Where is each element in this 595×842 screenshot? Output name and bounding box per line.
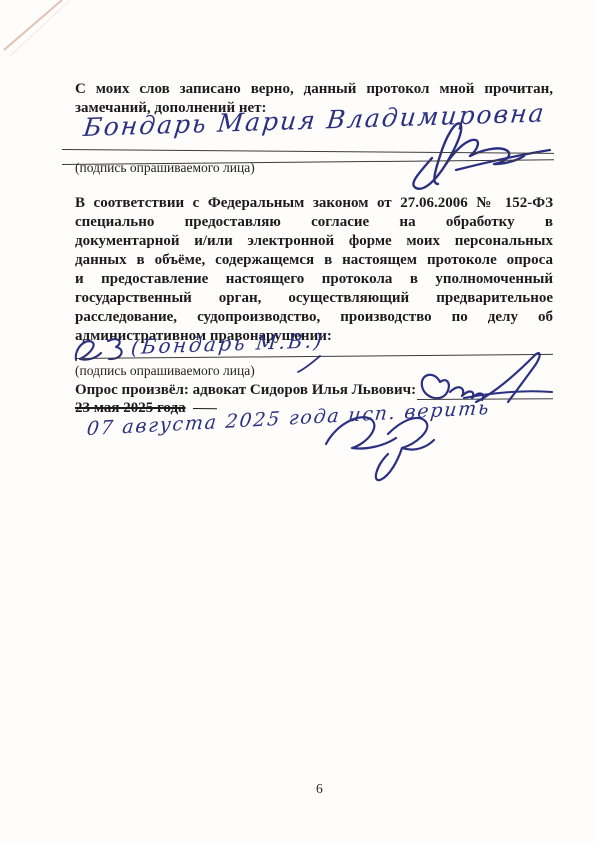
date-signature-flourish [318, 402, 448, 482]
strike-extension [193, 408, 217, 409]
consent-line: государственный орган, осуществляющий пр… [75, 289, 553, 308]
interviewer-line: Опрос произвёл: адвокат Сидоров Илья Льв… [75, 381, 416, 400]
statement-line: С моих слов записано верно, данный прото… [75, 80, 553, 99]
page-number: 6 [316, 781, 323, 797]
signature-caption: (подпись опрашиваемого лица) [75, 363, 255, 378]
consent-line: документарной и/или электронной форме мо… [75, 232, 553, 251]
signature-initials-flourish [72, 334, 136, 364]
consent-line: В соответствии с Федеральным законом от … [75, 194, 553, 213]
signature-caption: (подпись опрашиваемого лица) [75, 160, 255, 175]
paper-crease [0, 0, 90, 70]
consent-line: расследование, судопроизводство, произво… [75, 308, 553, 327]
document-page: С моих слов записано верно, данный прото… [0, 0, 595, 842]
scanned-page: { "document": { "statement_lines": [ "С … [0, 0, 595, 842]
consent-line: специально предоставляю согласие на обра… [75, 213, 553, 232]
consent-paragraph: В соответствии с Федеральным законом от … [75, 194, 553, 346]
consent-line: и предоставление настоящего протокола в … [75, 270, 553, 289]
pen-tail-stroke [296, 354, 322, 374]
consent-line: данных в объёме, содержащемся в настояще… [75, 251, 553, 270]
